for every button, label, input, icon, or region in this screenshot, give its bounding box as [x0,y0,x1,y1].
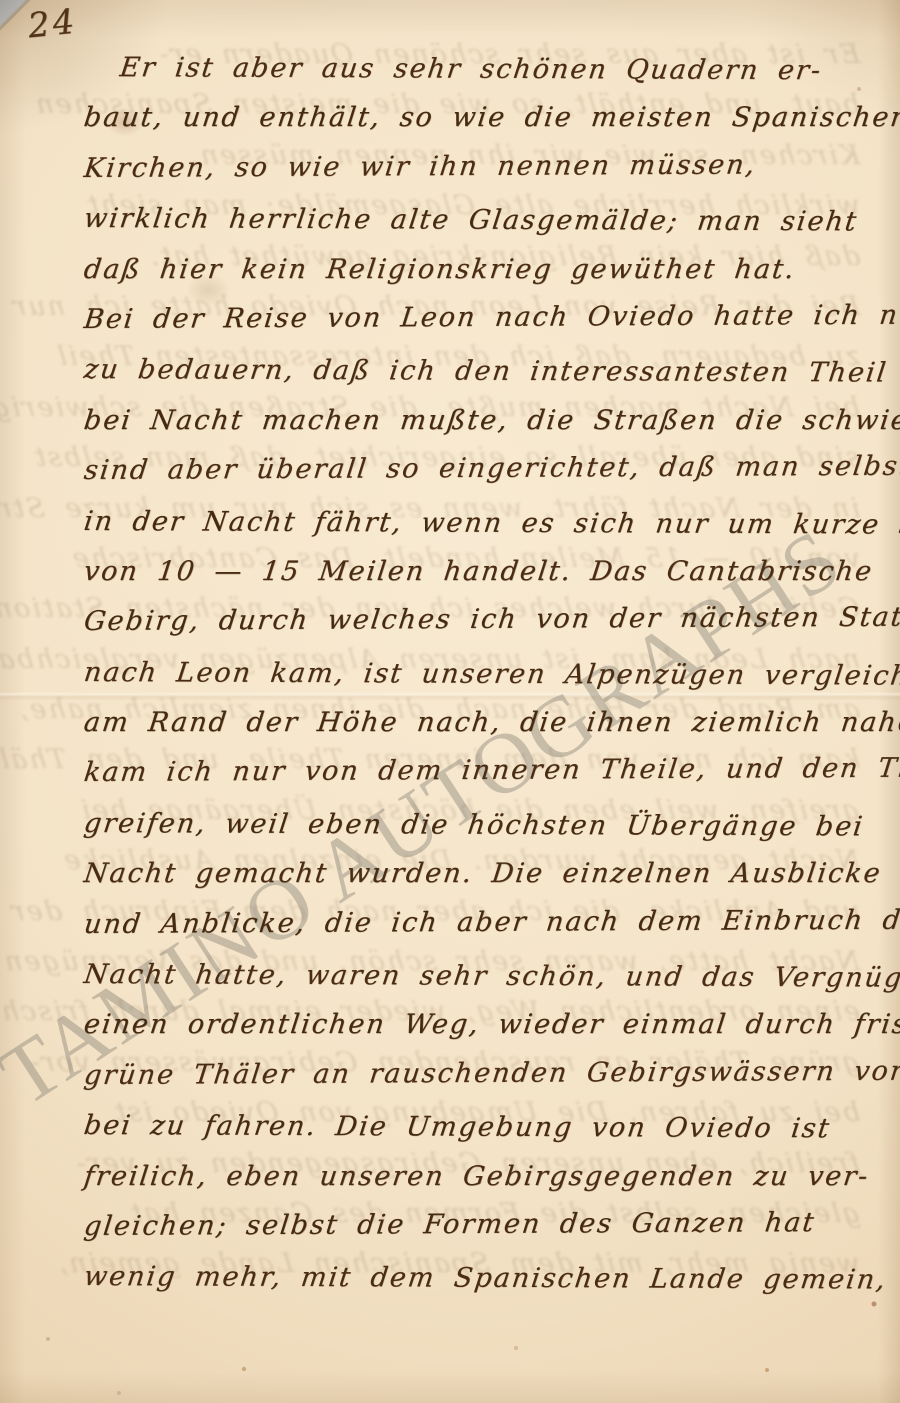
handwritten-line: Nacht gemacht wurden. Die einzelnen Ausb… [81,849,893,899]
manuscript-page: Er ist aber aus sehr schönen Quadern er-… [0,0,900,1403]
handwritten-text-block: Er ist aber aus sehr schönen Quadern er-… [84,43,890,1303]
page-number: 24 [26,2,79,47]
handwritten-line: daß hier kein Religionskrieg gewüthet ha… [81,245,893,295]
handwritten-line: wenig mehr, mit dem Spanischen Lande gem… [81,1252,893,1306]
handwritten-line: bei zu fahren. Die Umgebung von Oviedo i… [81,1101,893,1155]
foxing-spots [0,0,2,2]
handwritten-line: zu bedauern, daß ich den interessanteste… [81,345,893,399]
handwritten-line: Er ist aber aus sehr schönen Quadern er- [81,43,893,97]
handwritten-line: Kirchen, so wie wir ihn nennen müssen, [81,140,893,195]
handwritten-line: sind aber überall so eingerichtet, daß m… [81,442,893,497]
clipped-corner [0,0,32,32]
handwritten-line: von 10 — 15 Meilen handelt. Das Cantabri… [81,547,893,597]
handwritten-line: freilich, eben unseren Gebirgsgegenden z… [81,1152,893,1202]
handwritten-line: nach Leon kam, ist unseren Alpenzügen ve… [81,648,893,702]
handwritten-line: Gebirg, durch welches ich von der nächst… [81,593,893,648]
handwritten-line: bei Nacht machen mußte, die Straßen die … [81,396,893,446]
handwritten-line: in der Nacht fährt, wenn es sich nur um … [81,497,893,551]
handwritten-line: einen ordentlichen Weg, wieder einmal du… [81,1000,893,1050]
handwritten-line: kam ich nur von dem inneren Theile, und … [81,744,893,799]
handwritten-line: baut, und enthält, so wie die meisten Sp… [81,93,893,143]
handwritten-line: greifen, weil eben die höchsten Übergäng… [81,799,893,853]
handwritten-line: grüne Thäler an rauschenden Gebirgswässe… [81,1047,893,1102]
handwritten-line: gleichen; selbst die Formen des Ganzen h… [81,1198,893,1253]
handwritten-line: Nacht hatte, waren sehr schön, und das V… [81,950,893,1004]
handwritten-line: am Rand der Höhe nach, die ihnen ziemlic… [81,698,893,748]
handwritten-line: und Anblicke, die ich aber nach dem Einb… [81,895,893,950]
handwritten-line: wirklich herrliche alte Glasgemälde; man… [81,194,893,248]
handwritten-line: Bei der Reise von Leon nach Oviedo hatte… [81,291,893,346]
